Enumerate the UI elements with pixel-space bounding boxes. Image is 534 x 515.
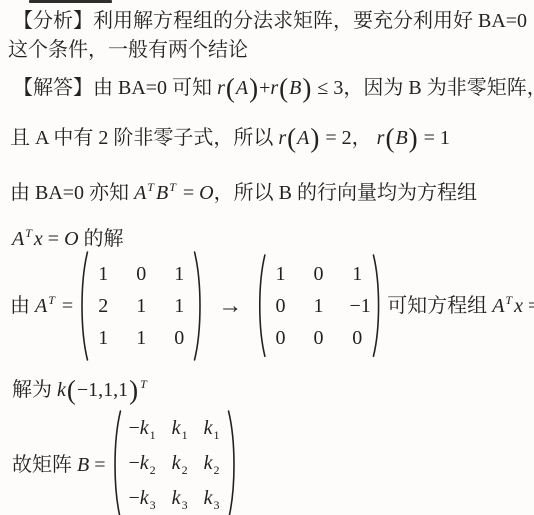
matrix-cell: 0 [274, 327, 288, 350]
matrix-left-paren [111, 410, 122, 515]
matrix-cell: 1 [96, 263, 110, 286]
text-run: 2 [213, 463, 219, 477]
matrix-cell: 0 [274, 295, 288, 318]
text-run: −1,1,1 [77, 379, 128, 401]
matrix-cell: 0 [312, 263, 326, 286]
text-run: ( [384, 123, 395, 153]
matrix-cell: k1 [172, 417, 189, 443]
matrix-cell: 0 [350, 327, 365, 350]
text-run: ≤ 3，因为 B 为非零矩阵， [312, 77, 534, 99]
text-run: = 2， [320, 127, 376, 149]
matrix-cell: 1 [274, 263, 288, 286]
text-run: k [140, 487, 149, 509]
text-run: x [514, 295, 523, 317]
text-run: T [169, 180, 176, 194]
matrix-left-paren [78, 251, 89, 361]
arrow-right-icon: → [218, 290, 242, 322]
text-run: B [289, 77, 301, 99]
text-run: O [64, 228, 78, 250]
text-run: 3 [150, 498, 156, 512]
text-run: T [140, 377, 147, 391]
text-run: A [236, 77, 248, 99]
text-run: B [395, 127, 407, 149]
text-run: 3 [182, 498, 188, 512]
text-run: + [259, 77, 270, 99]
text-run: 1 [182, 428, 188, 442]
text-run: = 1 [419, 127, 450, 149]
matrix-cell: −1 [350, 295, 365, 318]
matrix-right-paren [372, 254, 382, 357]
text-run: 2 [182, 463, 188, 477]
general-solution-line: 解为 k(−1,1,1)T [12, 372, 149, 408]
solution-line-3: 由 BA=0 亦知 ATBT = O，所以 B 的行向量均为方程组 [10, 179, 477, 207]
analysis-line-1: 【分析】利用解方程组的分法求矩阵，要充分利用好 BA=0 [13, 8, 527, 35]
solution-line-2: 且 A 中有 2 阶非零子式，所以 r(A) = 2， r(B) = 1 [10, 120, 450, 156]
text-run: T [147, 180, 154, 194]
text-run: T [25, 226, 32, 240]
text-run: = [57, 295, 73, 317]
text-run: 的解 [79, 228, 124, 250]
text-run: 1 [150, 428, 156, 442]
matrix-cell: k3 [172, 487, 189, 513]
text-run: T [505, 293, 512, 307]
text-run: − [129, 487, 140, 509]
text-run: k [140, 452, 149, 474]
text-run: ，所以 B 的行向量均为方程组 [214, 182, 477, 204]
text-run: 解为 [12, 379, 57, 401]
matrix-equation-prefix: 由 AT = [10, 292, 73, 320]
text-run: 可知方程组 [387, 295, 492, 317]
text-run: 【分析】利用解方程组的分法求矩阵，要充分利用好 BA=0 [13, 10, 527, 32]
text-run: 3 [213, 498, 219, 512]
matrix-right-paren [193, 251, 204, 361]
text-run: = [178, 182, 199, 204]
text-run: − [129, 452, 140, 474]
matrix-cell: k3 [204, 487, 221, 513]
matrix-cell: −k3 [129, 487, 157, 513]
matrix-cell: 1 [172, 295, 186, 318]
text-run: k [140, 417, 149, 439]
text-run: ( [278, 73, 289, 103]
text-run: 【解答】由 BA=0 可知 [13, 77, 217, 99]
text-run: 这个条件，一般有两个结论 [8, 39, 248, 61]
text-run: = [43, 228, 64, 250]
text-run: ) [248, 73, 259, 103]
text-run: r [217, 77, 225, 99]
matrix-b: −k1k1k1−k2k2k2−k3k3k3 [111, 410, 239, 515]
matrix-at-original: 101211110 [78, 251, 204, 361]
text-run: 2 [150, 463, 156, 477]
text-run: ) [408, 123, 419, 153]
matrix-cell: 1 [96, 327, 110, 350]
text-run: 由 [10, 295, 35, 317]
matrix-grid: −k1k1k1−k2k2k2−k3k3k3 [122, 410, 228, 515]
matrix-equation-suffix: 可知方程组 ATx = O 的通 [387, 292, 534, 320]
matrix-cell: 0 [134, 263, 148, 286]
matrix-cell: −k1 [129, 417, 157, 443]
text-run: = [523, 295, 534, 317]
matrix-b-prefix: 故矩阵 B = [12, 452, 106, 479]
matrix-equation-row: 由 AT = 101211110 → 10101−1000 可知方程组 ATx … [10, 259, 534, 353]
text-run: ) [309, 123, 320, 153]
matrix-at-reduced: 10101−1000 [256, 254, 382, 357]
text-run: k [57, 379, 66, 401]
cropped-text-fragment [29, 0, 112, 3]
text-run: A [12, 228, 24, 250]
matrix-cell: k2 [204, 452, 221, 478]
text-run: 故矩阵 [12, 454, 77, 476]
text-run: r [278, 127, 286, 149]
text-run: 且 A 中有 2 阶非零子式，所以 [10, 127, 278, 149]
text-run: ( [66, 375, 77, 405]
text-run: B [156, 182, 168, 204]
matrix-cell: k1 [204, 417, 221, 443]
text-run: ( [286, 123, 297, 153]
text-run: 1 [213, 428, 219, 442]
matrix-right-paren [227, 410, 238, 515]
text-run: B [77, 454, 89, 476]
solution-line-1: 【解答】由 BA=0 可知 r(A)+r(B) ≤ 3，因为 B 为非零矩阵， [13, 70, 534, 106]
text-run: − [129, 417, 140, 439]
text-run: ( [225, 73, 236, 103]
matrix-cell: k2 [172, 452, 189, 478]
matrix-cell: 0 [312, 327, 326, 350]
text-run: k [172, 417, 181, 439]
text-run: = [89, 454, 105, 476]
text-run: k [204, 452, 213, 474]
solution-line-4: ATx = O 的解 [12, 225, 124, 253]
text-run: ) [128, 375, 139, 405]
document-page: 【分析】利用解方程组的分法求矩阵，要充分利用好 BA=0 这个条件，一般有两个结… [0, 0, 534, 515]
text-run: A [297, 127, 309, 149]
text-run: ) [301, 73, 312, 103]
matrix-cell: 0 [172, 327, 186, 350]
text-run: O [199, 182, 213, 204]
text-run: k [172, 487, 181, 509]
text-run: A [35, 295, 47, 317]
matrix-cell: 2 [96, 295, 110, 318]
matrix-b-row: 故矩阵 B = −k1k1k1−k2k2k2−k3k3k3 [12, 416, 243, 514]
matrix-left-paren [256, 254, 266, 357]
text-run: x [34, 228, 43, 250]
text-run: A [492, 295, 504, 317]
text-run: k [204, 487, 213, 509]
text-run: A [134, 182, 146, 204]
text-run: k [172, 452, 181, 474]
text-run: 由 BA=0 亦知 [10, 182, 134, 204]
text-run: r [270, 77, 278, 99]
matrix-cell: 1 [312, 295, 326, 318]
text-run: T [48, 293, 55, 307]
matrix-grid: 10101−1000 [267, 254, 372, 357]
matrix-cell: 1 [134, 295, 148, 318]
matrix-cell: −k2 [129, 452, 157, 478]
matrix-cell: 1 [172, 263, 186, 286]
matrix-cell: 1 [350, 263, 365, 286]
text-run: k [204, 417, 213, 439]
matrix-cell: 1 [134, 327, 148, 350]
matrix-grid: 101211110 [89, 251, 193, 361]
analysis-line-2: 这个条件，一般有两个结论 [8, 37, 248, 64]
